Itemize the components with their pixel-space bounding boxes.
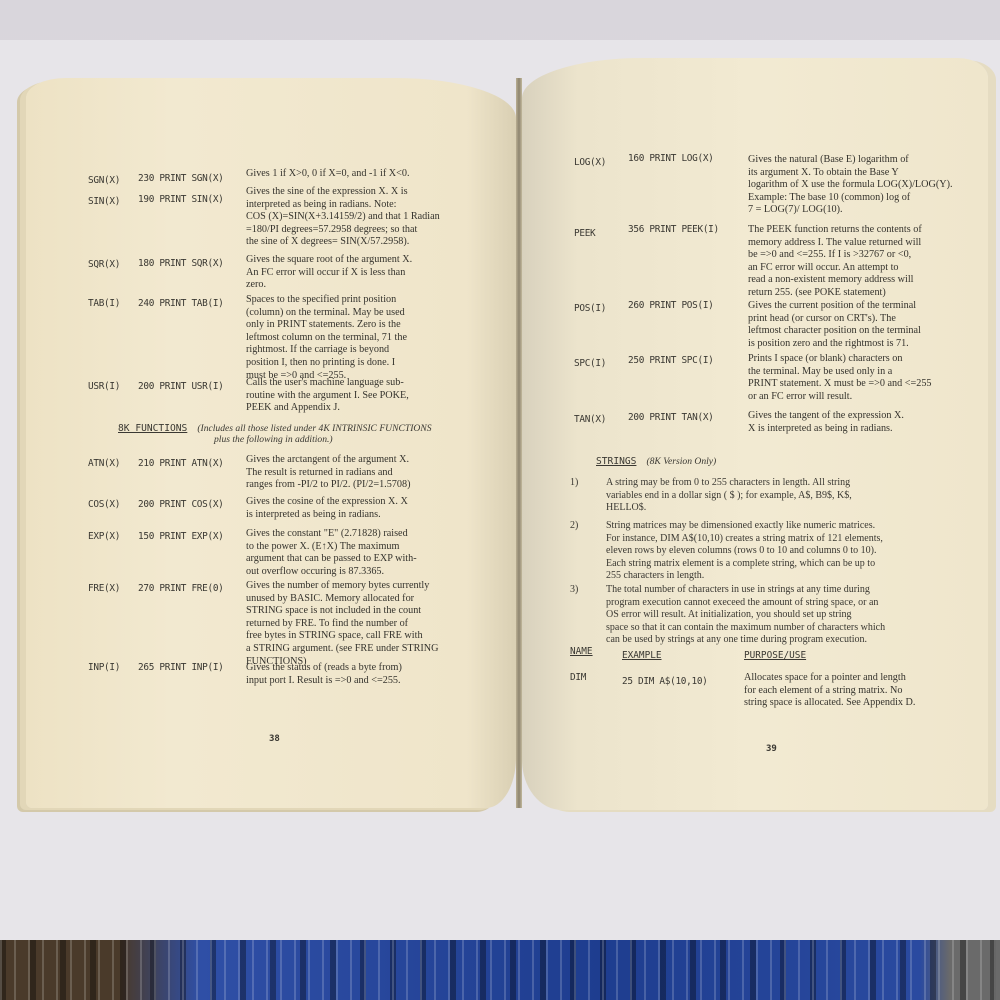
function-name: INP(I) [88, 662, 120, 673]
function-example: 230 PRINT SGN(X) [138, 173, 224, 184]
page-number: 39 [766, 744, 777, 754]
column-header-purpose: PURPOSE/USE [744, 650, 806, 661]
function-description: Gives the cosine of the expression X. X … [246, 496, 466, 521]
item-number: 3) [570, 584, 578, 597]
function-description: Gives the natural (Base E) logarithm of … [748, 154, 958, 217]
item-text: String matrices may be dimensioned exact… [606, 520, 976, 583]
function-name: SQR(X) [88, 259, 120, 270]
section-title: STRINGS [596, 456, 636, 467]
function-example: 200 PRINT COS(X) [138, 499, 224, 510]
function-name: TAB(I) [88, 298, 120, 309]
function-example: 210 PRINT ATN(X) [138, 458, 224, 469]
function-name: USR(I) [88, 381, 120, 392]
function-example: 150 PRINT EXP(X) [138, 531, 224, 542]
function-name: SIN(X) [88, 196, 120, 207]
column-header-example: EXAMPLE [622, 650, 662, 661]
function-name: FRE(X) [88, 583, 120, 594]
function-name: LOG(X) [574, 157, 606, 168]
function-description: Calls the user's machine language sub- r… [246, 377, 466, 415]
function-example: 260 PRINT POS(I) [628, 300, 714, 311]
function-example: 356 PRINT PEEK(I) [628, 224, 719, 235]
function-example: 180 PRINT SQR(X) [138, 258, 224, 269]
item-number: 2) [570, 520, 578, 533]
fabric-background [0, 940, 1000, 1000]
left-page: SGN(X) 230 PRINT SGN(X) Gives 1 if X>0, … [26, 78, 516, 808]
function-example: 270 PRINT FRE(0) [138, 583, 224, 594]
function-description: Gives the arctangent of the argument X. … [246, 454, 466, 492]
function-example: 160 PRINT LOG(X) [628, 153, 714, 164]
section-note-continued: plus the following in addition.) [214, 434, 333, 445]
section-note: (8K Version Only) [646, 456, 716, 467]
table-row-purpose: Allocates space for a pointer and length… [744, 672, 974, 710]
section-title: 8K FUNCTIONS [118, 423, 187, 434]
right-page: LOG(X) 160 PRINT LOG(X) Gives the natura… [522, 58, 988, 810]
function-name: POS(I) [574, 303, 606, 314]
function-description: Gives the sine of the expression X. X is… [246, 186, 466, 249]
function-description: Gives 1 if X>0, 0 if X=0, and -1 if X<0. [246, 168, 466, 181]
function-description: Prints I space (or blank) characters on … [748, 353, 958, 403]
function-example: 200 PRINT USR(I) [138, 381, 224, 392]
page-number: 38 [269, 734, 280, 744]
section-heading-strings: STRINGS(8K Version Only) [596, 456, 716, 467]
section-note: (Includes all those listed under 4K INTR… [197, 423, 431, 434]
function-name: SPC(I) [574, 358, 606, 369]
function-name: PEEK [574, 228, 595, 239]
function-description: Gives the number of memory bytes current… [246, 580, 466, 668]
function-example: 240 PRINT TAB(I) [138, 298, 224, 309]
table-row-example: 25 DIM A$(10,10) [622, 676, 708, 687]
column-header-name: NAME [570, 646, 593, 657]
function-example: 250 PRINT SPC(I) [628, 355, 714, 366]
function-description: The PEEK function returns the contents o… [748, 224, 958, 300]
item-number: 1) [570, 477, 578, 490]
function-description: Spaces to the specified print position (… [246, 294, 466, 382]
table-row-name: DIM [570, 672, 586, 683]
function-example: 265 PRINT INP(I) [138, 662, 224, 673]
function-description: Gives the tangent of the expression X. X… [748, 410, 958, 435]
function-name: SGN(X) [88, 175, 120, 186]
function-example: 200 PRINT TAN(X) [628, 412, 714, 423]
function-description: Gives the status of (reads a byte from) … [246, 662, 466, 687]
function-name: ATN(X) [88, 458, 120, 469]
section-heading-8k: 8K FUNCTIONS(Includes all those listed u… [118, 423, 432, 434]
function-example: 190 PRINT SIN(X) [138, 194, 224, 205]
function-name: EXP(X) [88, 531, 120, 542]
function-description: Gives the constant "E" (2.71828) raised … [246, 528, 466, 578]
item-text: The total number of characters in use in… [606, 584, 976, 647]
function-name: COS(X) [88, 499, 120, 510]
item-text: A string may be from 0 to 255 characters… [606, 477, 976, 515]
function-name: TAN(X) [574, 414, 606, 425]
function-description: Gives the current position of the termin… [748, 300, 958, 350]
function-description: Gives the square root of the argument X.… [246, 254, 466, 292]
